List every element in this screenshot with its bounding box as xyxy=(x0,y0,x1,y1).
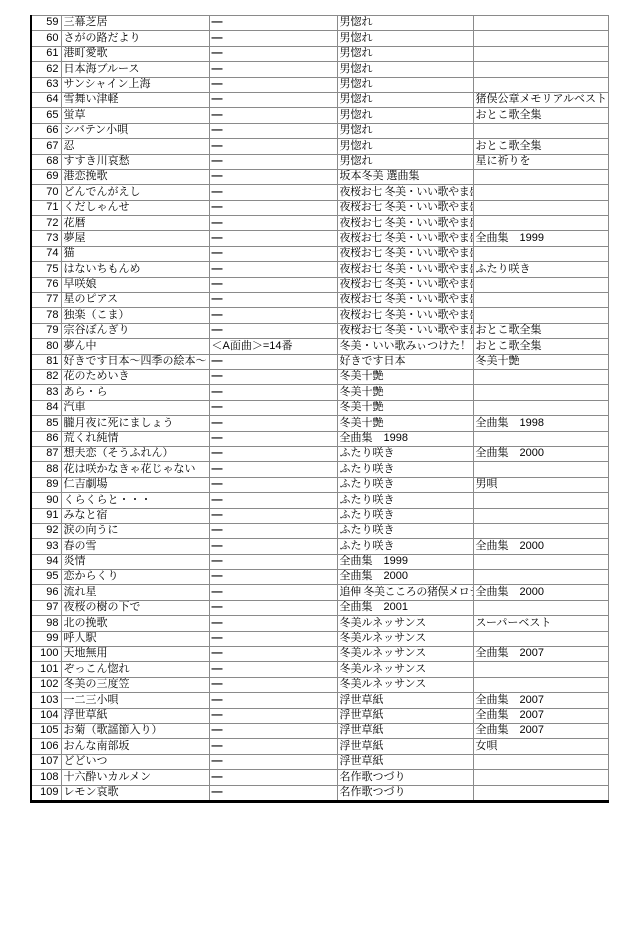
table-row: 68 すすき川哀愁 ― 男惚れ 星に祈りを xyxy=(31,154,608,169)
album2-cell: 猪俣公章メモリアルベスト xyxy=(473,92,608,107)
album2-cell xyxy=(473,754,608,769)
row-number-cell: 98 xyxy=(31,616,61,631)
song-title-cell: みなと宿 xyxy=(61,508,209,523)
row-number-cell: 108 xyxy=(31,770,61,785)
song-title-cell: 一二三小唄 xyxy=(61,693,209,708)
row-number-cell: 64 xyxy=(31,92,61,107)
song-title-cell: くらくらと・・・ xyxy=(61,493,209,508)
song-title-cell: 荒くれ純情 xyxy=(61,431,209,446)
song-title-cell: 仁吉劇場 xyxy=(61,477,209,492)
album2-cell xyxy=(473,600,608,615)
song-title-cell: お菊（歌謡節入り） xyxy=(61,723,209,738)
row-number-cell: 80 xyxy=(31,339,61,354)
note-cell: ― xyxy=(209,770,337,785)
album1-cell: 男惚れ xyxy=(337,77,473,92)
note-cell: ― xyxy=(209,600,337,615)
table-row: 80 夢ん中 ＜A面曲＞=14番 冬美・いい歌みぃつけた！ おとこ歌全集 xyxy=(31,339,608,354)
album1-cell: 冬美・いい歌みぃつけた！ xyxy=(337,339,473,354)
song-title-cell: 日本海ブルース xyxy=(61,62,209,77)
album1-cell: ふたり咲き xyxy=(337,462,473,477)
song-title-cell: シバテン小唄 xyxy=(61,123,209,138)
row-number-cell: 69 xyxy=(31,169,61,184)
row-number-cell: 88 xyxy=(31,462,61,477)
album2-cell: 全曲集 2007 xyxy=(473,647,608,662)
row-number-cell: 102 xyxy=(31,677,61,692)
note-cell: ― xyxy=(209,631,337,646)
song-title-cell: 冬美の三度笠 xyxy=(61,677,209,692)
album2-cell xyxy=(473,508,608,523)
row-number-cell: 92 xyxy=(31,523,61,538)
spreadsheet-page: 59 三幕芝居 ― 男惚れ 60 さがの路だより ― 男惚れ 61 港町愛歌 ―… xyxy=(0,0,640,925)
song-title-cell: 夢屋 xyxy=(61,231,209,246)
song-title-cell: 呼人駅 xyxy=(61,631,209,646)
album2-cell xyxy=(473,62,608,77)
song-title-cell: どどいつ xyxy=(61,754,209,769)
album2-cell: 冬美十艶 xyxy=(473,354,608,369)
album1-cell: ふたり咲き xyxy=(337,523,473,538)
note-cell: ― xyxy=(209,31,337,46)
song-title-cell: 猫 xyxy=(61,246,209,261)
album1-cell: 男惚れ xyxy=(337,92,473,107)
row-number-cell: 72 xyxy=(31,216,61,231)
album2-cell xyxy=(473,662,608,677)
row-number-cell: 76 xyxy=(31,277,61,292)
row-number-cell: 107 xyxy=(31,754,61,769)
album1-cell: 男惚れ xyxy=(337,31,473,46)
album1-cell: 男惚れ xyxy=(337,154,473,169)
table-row: 71 くだしゃんせ ― 夜桜お七 冬美・いい歌やま盛り xyxy=(31,200,608,215)
song-title-cell: レモン哀歌 xyxy=(61,785,209,801)
table-row: 87 想夫恋（そうふれん） ― ふたり咲き 全曲集 2000 xyxy=(31,446,608,461)
note-cell: ― xyxy=(209,262,337,277)
song-title-cell: 忍 xyxy=(61,139,209,154)
table-row: 75 はないちもんめ ― 夜桜お七 冬美・いい歌やま盛り ふたり咲き xyxy=(31,262,608,277)
song-title-cell: 花は咲かなきゃ花じゃない xyxy=(61,462,209,477)
album2-cell: おとこ歌全集 xyxy=(473,108,608,123)
album2-cell xyxy=(473,308,608,323)
album2-cell xyxy=(473,400,608,415)
note-cell: ― xyxy=(209,477,337,492)
note-cell: ― xyxy=(209,308,337,323)
album2-cell xyxy=(473,677,608,692)
row-number-cell: 74 xyxy=(31,246,61,261)
album1-cell: 男惚れ xyxy=(337,16,473,31)
table-row: 60 さがの路だより ― 男惚れ xyxy=(31,31,608,46)
row-number-cell: 85 xyxy=(31,416,61,431)
song-table-body: 59 三幕芝居 ― 男惚れ 60 さがの路だより ― 男惚れ 61 港町愛歌 ―… xyxy=(31,16,608,802)
album2-cell: おとこ歌全集 xyxy=(473,339,608,354)
album1-cell: 夜桜お七 冬美・いい歌やま盛り xyxy=(337,185,473,200)
song-title-cell: 天地無用 xyxy=(61,647,209,662)
table-row: 73 夢屋 ― 夜桜お七 冬美・いい歌やま盛り 全曲集 1999 xyxy=(31,231,608,246)
album2-cell: 全曲集 1998 xyxy=(473,416,608,431)
album2-cell: 女唄 xyxy=(473,739,608,754)
table-row: 99 呼人駅 ― 冬美ルネッサンス xyxy=(31,631,608,646)
album1-cell: 冬美ルネッサンス xyxy=(337,616,473,631)
table-row: 92 涙の向うに ― ふたり咲き xyxy=(31,523,608,538)
album1-cell: 名作歌つづり xyxy=(337,770,473,785)
note-cell: ― xyxy=(209,416,337,431)
song-title-cell: 春の雪 xyxy=(61,539,209,554)
table-row: 109 レモン哀歌 ― 名作歌つづり xyxy=(31,785,608,801)
album1-cell: 男惚れ xyxy=(337,123,473,138)
note-cell: ― xyxy=(209,523,337,538)
table-row: 96 流れ星 ― 追伸 冬美こころの猪俣メロディー 全曲集 2000 xyxy=(31,585,608,600)
note-cell: ― xyxy=(209,585,337,600)
album2-cell: 全曲集 1999 xyxy=(473,231,608,246)
table-row: 65 蛍草 ― 男惚れ おとこ歌全集 xyxy=(31,108,608,123)
song-title-cell: 汽車 xyxy=(61,400,209,415)
row-number-cell: 59 xyxy=(31,16,61,31)
row-number-cell: 109 xyxy=(31,785,61,801)
table-row: 59 三幕芝居 ― 男惚れ xyxy=(31,16,608,31)
album1-cell: 夜桜お七 冬美・いい歌やま盛り xyxy=(337,216,473,231)
song-title-cell: 三幕芝居 xyxy=(61,16,209,31)
song-title-cell: 想夫恋（そうふれん） xyxy=(61,446,209,461)
row-number-cell: 65 xyxy=(31,108,61,123)
album2-cell xyxy=(473,523,608,538)
table-row: 108 十六酔いカルメン ― 名作歌つづり xyxy=(31,770,608,785)
row-number-cell: 79 xyxy=(31,323,61,338)
row-number-cell: 86 xyxy=(31,431,61,446)
album1-cell: 夜桜お七 冬美・いい歌やま盛り xyxy=(337,231,473,246)
note-cell: ― xyxy=(209,216,337,231)
album2-cell: 全曲集 2000 xyxy=(473,539,608,554)
song-title-cell: 北の挽歌 xyxy=(61,616,209,631)
album2-cell: スーパーベスト xyxy=(473,616,608,631)
album2-cell: 男唄 xyxy=(473,477,608,492)
note-cell: ― xyxy=(209,785,337,801)
row-number-cell: 95 xyxy=(31,570,61,585)
note-cell: ― xyxy=(209,200,337,215)
note-cell: ― xyxy=(209,385,337,400)
album1-cell: 夜桜お七 冬美・いい歌やま盛り xyxy=(337,277,473,292)
table-row: 107 どどいつ ― 浮世草紙 xyxy=(31,754,608,769)
table-row: 64 雪舞い津軽 ― 男惚れ 猪俣公章メモリアルベスト xyxy=(31,92,608,107)
row-number-cell: 104 xyxy=(31,708,61,723)
note-cell: ― xyxy=(209,462,337,477)
album2-cell: おとこ歌全集 xyxy=(473,139,608,154)
row-number-cell: 63 xyxy=(31,77,61,92)
row-number-cell: 93 xyxy=(31,539,61,554)
table-row: 101 ぞっこん惚れ ― 冬美ルネッサンス xyxy=(31,662,608,677)
song-title-cell: 夢ん中 xyxy=(61,339,209,354)
table-row: 88 花は咲かなきゃ花じゃない ― ふたり咲き xyxy=(31,462,608,477)
album1-cell: 冬美ルネッサンス xyxy=(337,631,473,646)
row-number-cell: 89 xyxy=(31,477,61,492)
table-row: 67 忍 ― 男惚れ おとこ歌全集 xyxy=(31,139,608,154)
album1-cell: 浮世草紙 xyxy=(337,708,473,723)
row-number-cell: 106 xyxy=(31,739,61,754)
album2-cell xyxy=(473,385,608,400)
row-number-cell: 101 xyxy=(31,662,61,677)
album1-cell: 全曲集 2001 xyxy=(337,600,473,615)
album2-cell xyxy=(473,293,608,308)
row-number-cell: 96 xyxy=(31,585,61,600)
table-row: 72 花暦 ― 夜桜お七 冬美・いい歌やま盛り xyxy=(31,216,608,231)
table-row: 82 花のためいき ― 冬美十艶 xyxy=(31,369,608,384)
row-number-cell: 94 xyxy=(31,554,61,569)
album1-cell: 夜桜お七 冬美・いい歌やま盛り xyxy=(337,323,473,338)
album1-cell: 冬美ルネッサンス xyxy=(337,677,473,692)
note-cell: ― xyxy=(209,616,337,631)
table-row: 85 朧月夜に死にましょう ― 冬美十艶 全曲集 1998 xyxy=(31,416,608,431)
table-row: 86 荒くれ純情 ― 全曲集 1998 xyxy=(31,431,608,446)
album2-cell xyxy=(473,185,608,200)
note-cell: ― xyxy=(209,77,337,92)
album1-cell: 浮世草紙 xyxy=(337,693,473,708)
note-cell: ― xyxy=(209,323,337,338)
table-row: 102 冬美の三度笠 ― 冬美ルネッサンス xyxy=(31,677,608,692)
table-row: 61 港町愛歌 ― 男惚れ xyxy=(31,46,608,61)
song-title-cell: 流れ星 xyxy=(61,585,209,600)
note-cell: ― xyxy=(209,293,337,308)
album1-cell: 全曲集 2000 xyxy=(337,570,473,585)
song-title-cell: 花暦 xyxy=(61,216,209,231)
album2-cell: おとこ歌全集 xyxy=(473,323,608,338)
album1-cell: 冬美ルネッサンス xyxy=(337,647,473,662)
table-row: 74 猫 ― 夜桜お七 冬美・いい歌やま盛り xyxy=(31,246,608,261)
table-row: 98 北の挽歌 ― 冬美ルネッサンス スーパーベスト xyxy=(31,616,608,631)
note-cell: ― xyxy=(209,139,337,154)
note-cell: ― xyxy=(209,154,337,169)
note-cell: ― xyxy=(209,662,337,677)
row-number-cell: 81 xyxy=(31,354,61,369)
table-row: 106 おんな南部坂 ― 浮世草紙 女唄 xyxy=(31,739,608,754)
note-cell: ― xyxy=(209,62,337,77)
album2-cell xyxy=(473,462,608,477)
note-cell: ― xyxy=(209,400,337,415)
table-row: 83 あら・ら ― 冬美十艶 xyxy=(31,385,608,400)
table-row: 90 くらくらと・・・ ― ふたり咲き xyxy=(31,493,608,508)
table-row: 62 日本海ブルース ― 男惚れ xyxy=(31,62,608,77)
song-title-cell: 蛍草 xyxy=(61,108,209,123)
note-cell: ― xyxy=(209,92,337,107)
song-title-cell: すすき川哀愁 xyxy=(61,154,209,169)
row-number-cell: 99 xyxy=(31,631,61,646)
album2-cell xyxy=(473,369,608,384)
album1-cell: 好きです日本 xyxy=(337,354,473,369)
album1-cell: 追伸 冬美こころの猪俣メロディー xyxy=(337,585,473,600)
album2-cell: 全曲集 2007 xyxy=(473,693,608,708)
album2-cell xyxy=(473,570,608,585)
table-row: 79 宗谷ぼんぎり ― 夜桜お七 冬美・いい歌やま盛り おとこ歌全集 xyxy=(31,323,608,338)
row-number-cell: 103 xyxy=(31,693,61,708)
song-title-cell: 好きです日本～四季の絵本～ xyxy=(61,354,209,369)
table-row: 89 仁吉劇場 ― ふたり咲き 男唄 xyxy=(31,477,608,492)
song-title-cell: どんでんがえし xyxy=(61,185,209,200)
row-number-cell: 73 xyxy=(31,231,61,246)
table-row: 91 みなと宿 ― ふたり咲き xyxy=(31,508,608,523)
table-row: 81 好きです日本～四季の絵本～ ― 好きです日本 冬美十艶 xyxy=(31,354,608,369)
note-cell: ― xyxy=(209,169,337,184)
note-cell: ― xyxy=(209,693,337,708)
table-row: 63 サンシャイン上海 ― 男惚れ xyxy=(31,77,608,92)
row-number-cell: 62 xyxy=(31,62,61,77)
song-title-cell: あら・ら xyxy=(61,385,209,400)
album2-cell xyxy=(473,77,608,92)
song-title-cell: 雪舞い津軽 xyxy=(61,92,209,107)
note-cell: ― xyxy=(209,246,337,261)
note-cell: ― xyxy=(209,539,337,554)
song-title-cell: 港町愛歌 xyxy=(61,46,209,61)
note-cell: ― xyxy=(209,354,337,369)
note-cell: ― xyxy=(209,369,337,384)
album2-cell xyxy=(473,770,608,785)
album1-cell: ふたり咲き xyxy=(337,446,473,461)
table-row: 69 港恋挽歌 ― 坂本冬美 選曲集 xyxy=(31,169,608,184)
song-title-cell: おんな南部坂 xyxy=(61,739,209,754)
table-row: 97 夜桜の樹の下で ― 全曲集 2001 xyxy=(31,600,608,615)
row-number-cell: 105 xyxy=(31,723,61,738)
note-cell: ― xyxy=(209,277,337,292)
song-title-cell: 朧月夜に死にましょう xyxy=(61,416,209,431)
album1-cell: ふたり咲き xyxy=(337,477,473,492)
album1-cell: 男惚れ xyxy=(337,139,473,154)
row-number-cell: 84 xyxy=(31,400,61,415)
album1-cell: 夜桜お七 冬美・いい歌やま盛り xyxy=(337,262,473,277)
row-number-cell: 66 xyxy=(31,123,61,138)
album2-cell: 全曲集 2007 xyxy=(473,708,608,723)
note-cell: ― xyxy=(209,446,337,461)
row-number-cell: 68 xyxy=(31,154,61,169)
album1-cell: 坂本冬美 選曲集 xyxy=(337,169,473,184)
album1-cell: 浮世草紙 xyxy=(337,723,473,738)
album2-cell xyxy=(473,631,608,646)
row-number-cell: 83 xyxy=(31,385,61,400)
song-title-cell: はないちもんめ xyxy=(61,262,209,277)
row-number-cell: 71 xyxy=(31,200,61,215)
note-cell: ― xyxy=(209,708,337,723)
song-title-cell: 浮世草紙 xyxy=(61,708,209,723)
note-cell: ― xyxy=(209,431,337,446)
note-cell: ― xyxy=(209,647,337,662)
album1-cell: 名作歌つづり xyxy=(337,785,473,801)
table-row: 70 どんでんがえし ― 夜桜お七 冬美・いい歌やま盛り xyxy=(31,185,608,200)
song-title-cell: 涙の向うに xyxy=(61,523,209,538)
album2-cell: 星に祈りを xyxy=(473,154,608,169)
song-title-cell: 恋からくり xyxy=(61,570,209,585)
table-row: 77 星のピアス ― 夜桜お七 冬美・いい歌やま盛り xyxy=(31,293,608,308)
album1-cell: 冬美十艶 xyxy=(337,400,473,415)
album2-cell xyxy=(473,246,608,261)
table-row: 66 シバテン小唄 ― 男惚れ xyxy=(31,123,608,138)
note-cell: ― xyxy=(209,493,337,508)
song-title-cell: 港恋挽歌 xyxy=(61,169,209,184)
song-list-table: 59 三幕芝居 ― 男惚れ 60 さがの路だより ― 男惚れ 61 港町愛歌 ―… xyxy=(30,15,609,803)
album1-cell: 全曲集 1998 xyxy=(337,431,473,446)
table-row: 94 炎情 ― 全曲集 1999 xyxy=(31,554,608,569)
album2-cell xyxy=(473,123,608,138)
album2-cell xyxy=(473,16,608,31)
note-cell: ― xyxy=(209,570,337,585)
album2-cell: 全曲集 2007 xyxy=(473,723,608,738)
album1-cell: 冬美ルネッサンス xyxy=(337,662,473,677)
album1-cell: ふたり咲き xyxy=(337,539,473,554)
table-row: 105 お菊（歌謡節入り） ― 浮世草紙 全曲集 2007 xyxy=(31,723,608,738)
row-number-cell: 90 xyxy=(31,493,61,508)
note-cell: ― xyxy=(209,231,337,246)
table-row: 95 恋からくり ― 全曲集 2000 xyxy=(31,570,608,585)
song-title-cell: サンシャイン上海 xyxy=(61,77,209,92)
album1-cell: 冬美十艶 xyxy=(337,416,473,431)
note-cell: ― xyxy=(209,754,337,769)
song-title-cell: 早咲娘 xyxy=(61,277,209,292)
note-cell: ― xyxy=(209,108,337,123)
album2-cell: 全曲集 2000 xyxy=(473,446,608,461)
note-cell: ― xyxy=(209,185,337,200)
table-row: 76 早咲娘 ― 夜桜お七 冬美・いい歌やま盛り xyxy=(31,277,608,292)
row-number-cell: 100 xyxy=(31,647,61,662)
album1-cell: 男惚れ xyxy=(337,46,473,61)
note-cell: ― xyxy=(209,508,337,523)
row-number-cell: 91 xyxy=(31,508,61,523)
album1-cell: ふたり咲き xyxy=(337,493,473,508)
album2-cell xyxy=(473,200,608,215)
note-cell: ＜A面曲＞=14番 xyxy=(209,339,337,354)
album2-cell xyxy=(473,277,608,292)
album1-cell: 夜桜お七 冬美・いい歌やま盛り xyxy=(337,200,473,215)
table-row: 100 天地無用 ― 冬美ルネッサンス 全曲集 2007 xyxy=(31,647,608,662)
song-title-cell: ぞっこん惚れ xyxy=(61,662,209,677)
row-number-cell: 77 xyxy=(31,293,61,308)
album2-cell: 全曲集 2000 xyxy=(473,585,608,600)
note-cell: ― xyxy=(209,16,337,31)
row-number-cell: 75 xyxy=(31,262,61,277)
row-number-cell: 61 xyxy=(31,46,61,61)
album1-cell: 全曲集 1999 xyxy=(337,554,473,569)
note-cell: ― xyxy=(209,554,337,569)
album1-cell: 男惚れ xyxy=(337,108,473,123)
album2-cell xyxy=(473,31,608,46)
song-title-cell: 炎情 xyxy=(61,554,209,569)
album2-cell xyxy=(473,493,608,508)
table-row: 104 浮世草紙 ― 浮世草紙 全曲集 2007 xyxy=(31,708,608,723)
note-cell: ― xyxy=(209,723,337,738)
song-title-cell: 宗谷ぼんぎり xyxy=(61,323,209,338)
row-number-cell: 67 xyxy=(31,139,61,154)
album2-cell xyxy=(473,431,608,446)
table-row: 103 一二三小唄 ― 浮世草紙 全曲集 2007 xyxy=(31,693,608,708)
note-cell: ― xyxy=(209,677,337,692)
album1-cell: ふたり咲き xyxy=(337,508,473,523)
note-cell: ― xyxy=(209,123,337,138)
note-cell: ― xyxy=(209,46,337,61)
note-cell: ― xyxy=(209,739,337,754)
album1-cell: 夜桜お七 冬美・いい歌やま盛り xyxy=(337,293,473,308)
album1-cell: 冬美十艶 xyxy=(337,369,473,384)
song-title-cell: 夜桜の樹の下で xyxy=(61,600,209,615)
album1-cell: 浮世草紙 xyxy=(337,754,473,769)
row-number-cell: 82 xyxy=(31,369,61,384)
song-title-cell: くだしゃんせ xyxy=(61,200,209,215)
song-title-cell: さがの路だより xyxy=(61,31,209,46)
row-number-cell: 70 xyxy=(31,185,61,200)
album2-cell: ふたり咲き xyxy=(473,262,608,277)
row-number-cell: 87 xyxy=(31,446,61,461)
album1-cell: 浮世草紙 xyxy=(337,739,473,754)
song-title-cell: 花のためいき xyxy=(61,369,209,384)
album1-cell: 冬美十艶 xyxy=(337,385,473,400)
row-number-cell: 97 xyxy=(31,600,61,615)
table-row: 93 春の雪 ― ふたり咲き 全曲集 2000 xyxy=(31,539,608,554)
row-number-cell: 78 xyxy=(31,308,61,323)
album2-cell xyxy=(473,216,608,231)
album1-cell: 夜桜お七 冬美・いい歌やま盛り xyxy=(337,308,473,323)
song-title-cell: 星のピアス xyxy=(61,293,209,308)
song-title-cell: 十六酔いカルメン xyxy=(61,770,209,785)
album2-cell xyxy=(473,554,608,569)
